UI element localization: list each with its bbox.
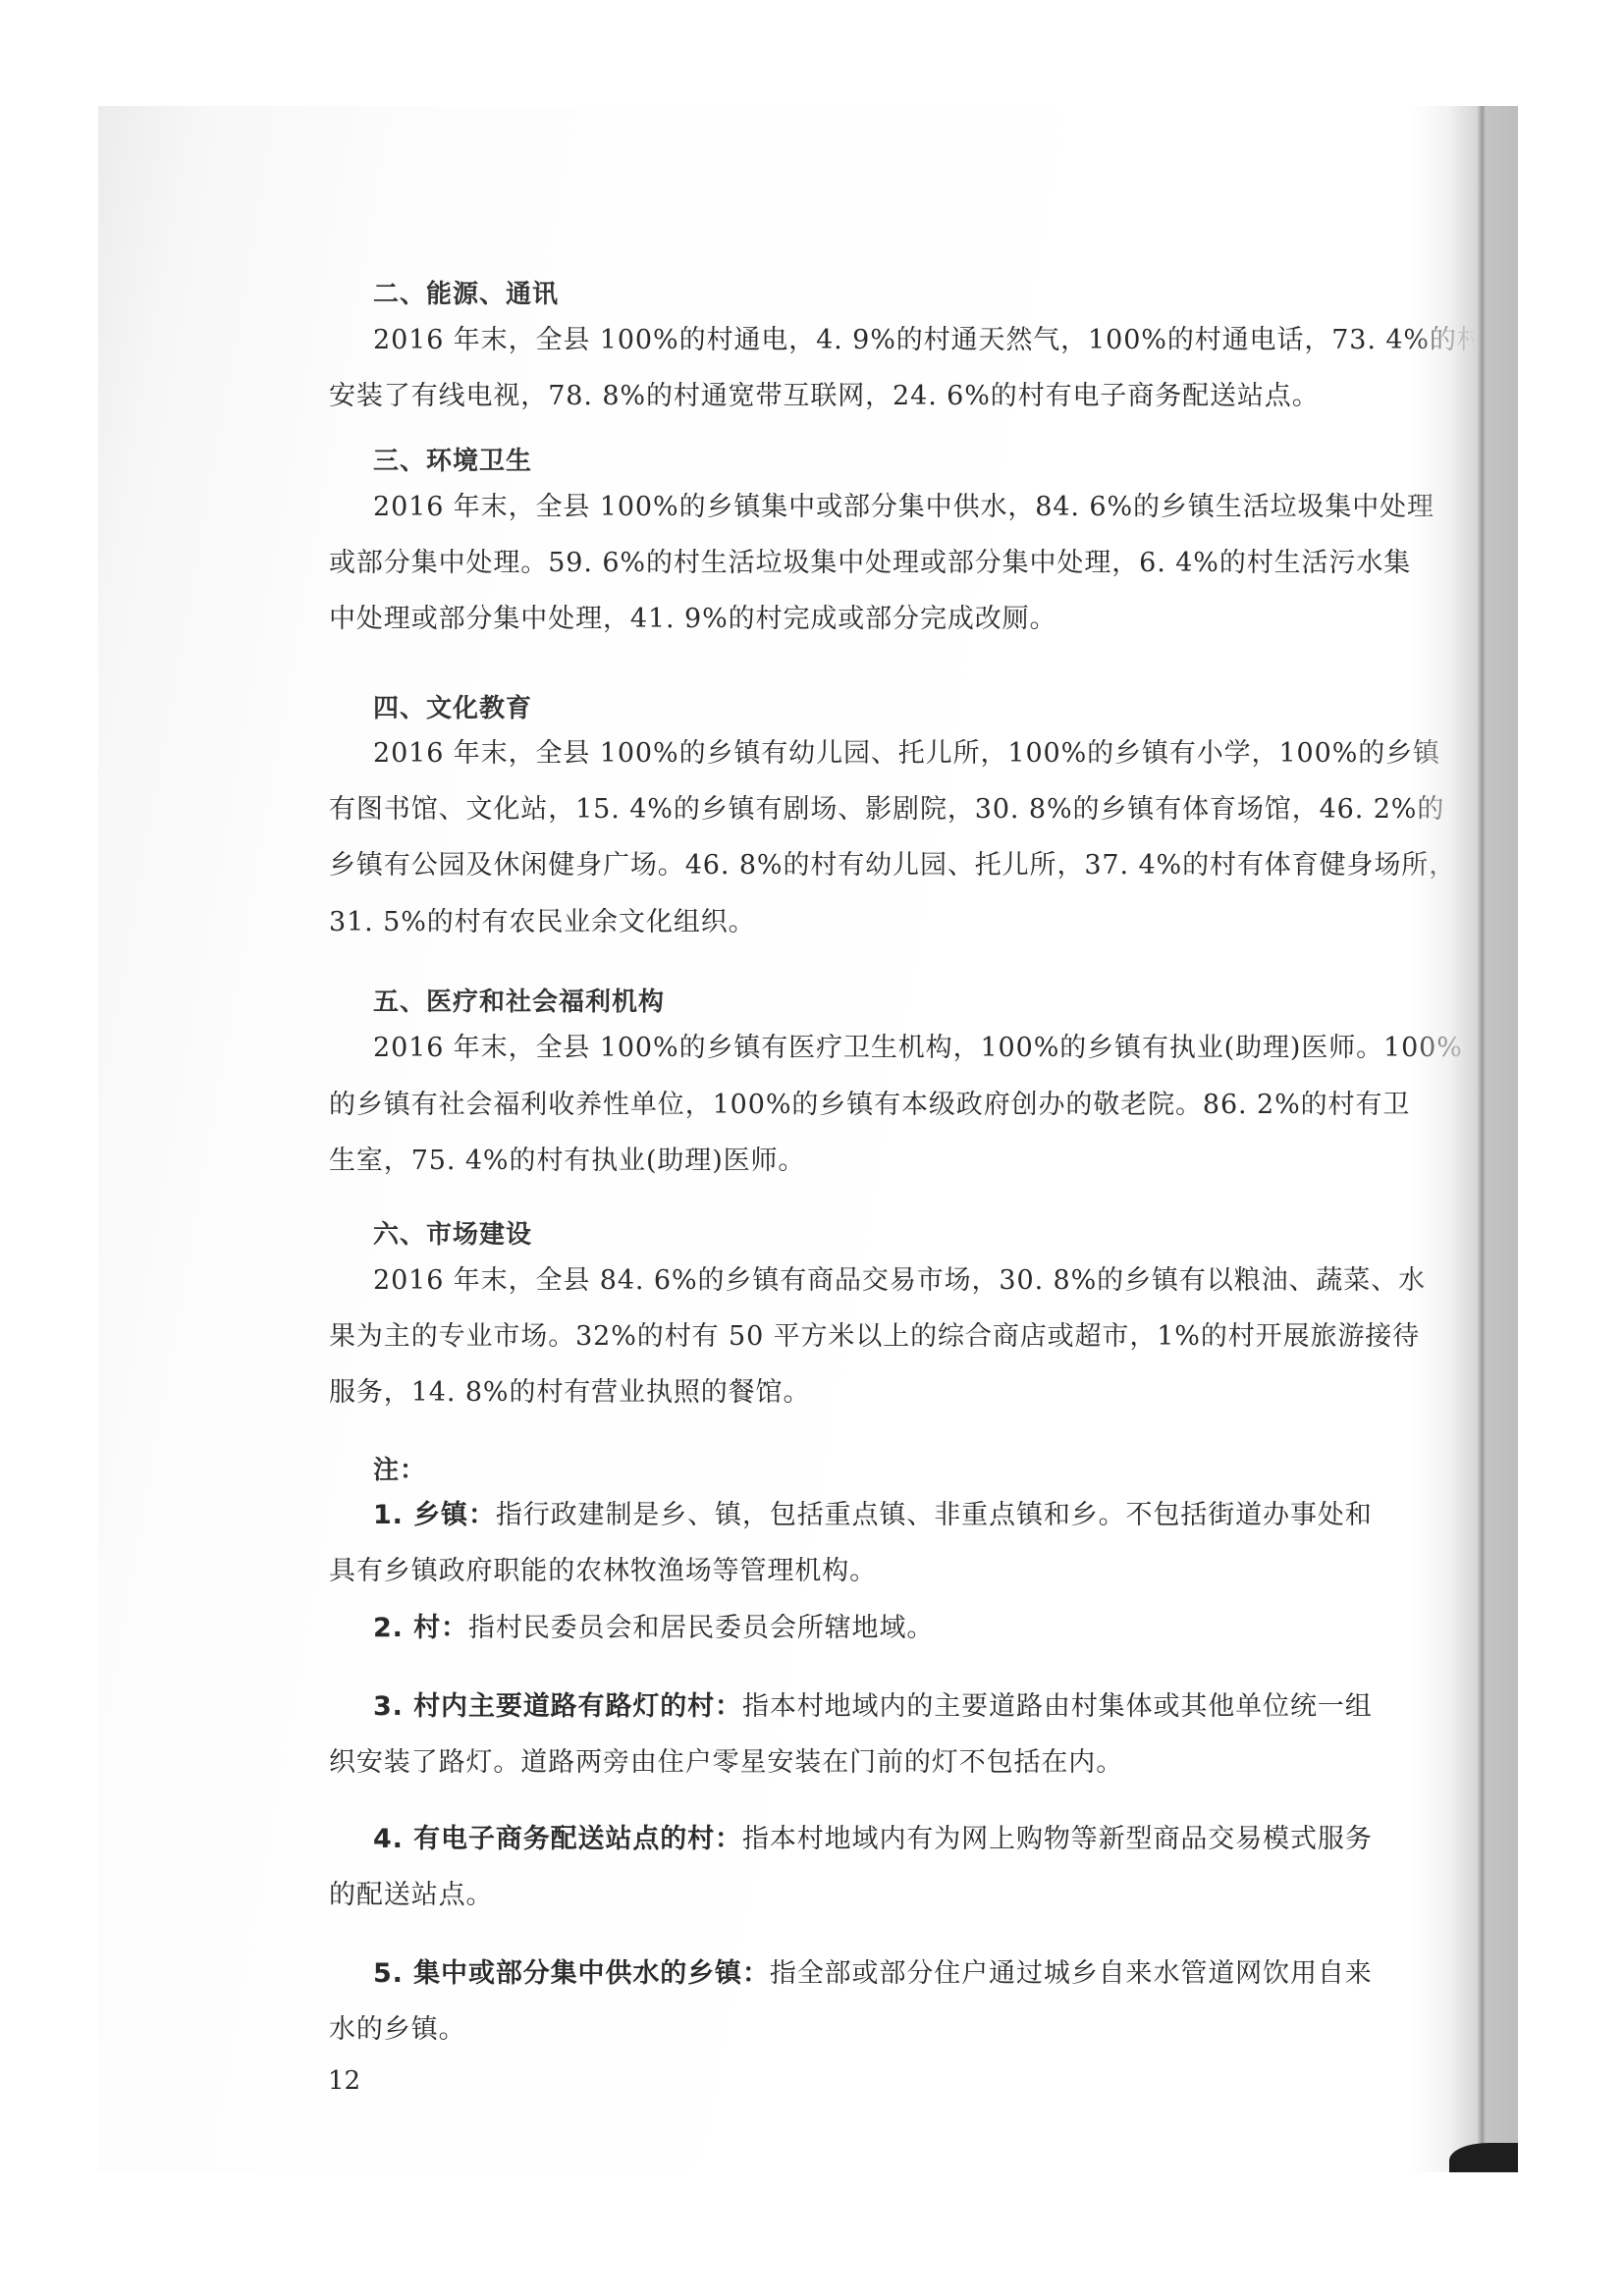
section-heading-medical-welfare: 五、医疗和社会福利机构 xyxy=(373,983,1453,1022)
note-item-2: 2. 村：指村民委员会和居民委员会所辖地域。 xyxy=(373,1609,1453,1648)
paragraph-line: 生室，75. 4%的村有执业(助理)医师。 xyxy=(329,1142,1409,1181)
section-heading-culture-education: 四、文化教育 xyxy=(373,689,1453,728)
paragraph-line: 31. 5%的村有农民业余文化组织。 xyxy=(329,903,1409,942)
note-definition: 指全部或部分住户通过城乡自来水管道网饮用自来 xyxy=(770,1958,1373,1989)
notes-label: 注： xyxy=(373,1451,1453,1490)
note-definition: 指行政建制是乡、镇，包括重点镇、非重点镇和乡。不包括街道办事处和 xyxy=(496,1500,1373,1530)
page-number: 12 xyxy=(328,2061,360,2101)
paragraph-line: 乡镇有公园及休闲健身广场。46. 8%的村有幼儿园、托儿所，37. 4%的村有体… xyxy=(329,846,1409,885)
note-term: 1. 乡镇： xyxy=(373,1500,496,1530)
section-heading-energy-communications: 二、能源、通讯 xyxy=(373,275,1453,314)
paragraph-line: 有图书馆、文化站，15. 4%的乡镇有剧场、影剧院，30. 8%的乡镇有体育场馆… xyxy=(329,790,1409,829)
paragraph-line: 安装了有线电视，78. 8%的村通宽带互联网，24. 6%的村有电子商务配送站点… xyxy=(329,377,1409,416)
note-term: 3. 村内主要道路有路灯的村： xyxy=(373,1691,742,1722)
note-continuation: 的配送站点。 xyxy=(329,1876,1409,1915)
note-item-5: 5. 集中或部分集中供水的乡镇：指全部或部分住户通过城乡自来水管道网饮用自来 xyxy=(373,1954,1453,1994)
note-term: 5. 集中或部分集中供水的乡镇： xyxy=(373,1958,770,1989)
paragraph-line: 2016 年末，全县 84. 6%的乡镇有商品交易市场，30. 8%的乡镇有以粮… xyxy=(373,1261,1453,1301)
paragraph-line: 2016 年末，全县 100%的村通电，4. 9%的村通天然气，100%的村通电… xyxy=(373,321,1453,360)
paragraph-line: 的乡镇有社会福利收养性单位，100%的乡镇有本级政府创办的敬老院。86. 2%的… xyxy=(329,1086,1409,1125)
section-heading-market-construction: 六、市场建设 xyxy=(373,1215,1453,1255)
paragraph-line: 2016 年末，全县 100%的乡镇集中或部分集中供水，84. 6%的乡镇生活垃… xyxy=(373,488,1453,527)
note-item-3: 3. 村内主要道路有路灯的村：指本村地域内的主要道路由村集体或其他单位统一组 xyxy=(373,1687,1453,1727)
note-continuation: 水的乡镇。 xyxy=(329,2010,1409,2050)
note-item-1: 1. 乡镇：指行政建制是乡、镇，包括重点镇、非重点镇和乡。不包括街道办事处和 xyxy=(373,1496,1453,1535)
paragraph-line: 2016 年末，全县 100%的乡镇有幼儿园、托儿所，100%的乡镇有小学，10… xyxy=(373,734,1453,774)
note-item-4: 4. 有电子商务配送站点的村：指本村地域内有为网上购物等新型商品交易模式服务 xyxy=(373,1820,1453,1859)
section-heading-environment-sanitation: 三、环境卫生 xyxy=(373,442,1453,481)
paragraph-line: 中处理或部分集中处理，41. 9%的村完成或部分完成改厕。 xyxy=(329,600,1409,639)
paragraph-line: 或部分集中处理。59. 6%的村生活垃圾集中处理或部分集中处理，6. 4%的村生… xyxy=(329,544,1409,583)
note-definition: 指本村地域内有为网上购物等新型商品交易模式服务 xyxy=(742,1824,1373,1854)
page-curl-shadow xyxy=(1410,106,1518,2172)
paragraph-line: 果为主的专业市场。32%的村有 50 平方米以上的综合商店或超市，1%的村开展旅… xyxy=(329,1317,1409,1357)
note-definition: 指本村地域内的主要道路由村集体或其他单位统一组 xyxy=(742,1691,1373,1722)
paragraph-line: 2016 年末，全县 100%的乡镇有医疗卫生机构，100%的乡镇有执业(助理)… xyxy=(373,1029,1453,1068)
note-term: 2. 村： xyxy=(373,1613,468,1643)
note-definition: 指村民委员会和居民委员会所辖地域。 xyxy=(468,1613,934,1643)
note-continuation: 具有乡镇政府职能的农林牧渔场等管理机构。 xyxy=(329,1552,1409,1591)
scan-corner-shadow xyxy=(1449,2143,1518,2172)
paragraph-line: 服务，14. 8%的村有营业执照的餐馆。 xyxy=(329,1373,1409,1413)
note-continuation: 织安装了路灯。道路两旁由住户零星安装在门前的灯不包括在内。 xyxy=(329,1743,1409,1783)
note-term: 4. 有电子商务配送站点的村： xyxy=(373,1824,742,1854)
scanned-page: 二、能源、通讯 2016 年末，全县 100%的村通电，4. 9%的村通天然气，… xyxy=(98,106,1518,2172)
